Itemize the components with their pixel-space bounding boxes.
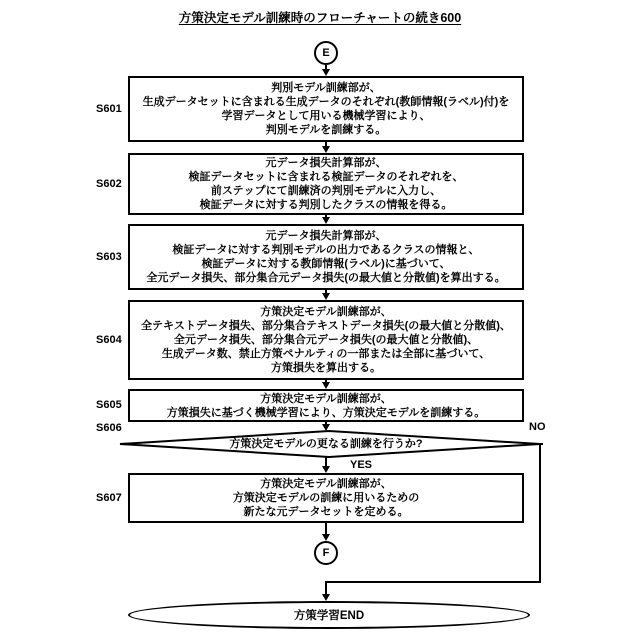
end-terminal-text: 方策学習END — [294, 607, 364, 623]
step-box-s604: 方策決定モデル訓練部が、 全テキストデータ損失、部分集合テキストデータ損失(の最… — [128, 300, 524, 380]
decision-text-s606: 方策決定モデルの更なる訓練を行うか? — [128, 437, 524, 451]
yes-branch-label: YES — [350, 459, 372, 471]
arrow-s602-to-s603-head — [322, 217, 330, 224]
no-path-vertical-line — [539, 443, 541, 583]
no-path-arrow-head — [322, 594, 330, 601]
step-label-s605: S605 — [96, 398, 128, 412]
connector-f-circle: F — [314, 541, 338, 565]
no-path-horizontal-line — [325, 581, 541, 583]
end-terminal: 方策学習END — [128, 601, 530, 629]
step-label-s603: S603 — [96, 250, 128, 264]
connector-e-circle: E — [314, 41, 338, 65]
step-box-s607: 方策決定モデル訓練部が、 方策決定モデルの訓練に用いるための 新たな元データセッ… — [128, 473, 524, 523]
step-box-s605: 方策決定モデル訓練部が、 方策損失に基づく機械学習により、方策決定モデルを訓練す… — [128, 389, 524, 422]
step-text-s605: 方策決定モデル訓練部が、 方策損失に基づく機械学習により、方策決定モデルを訓練す… — [167, 392, 485, 420]
flowchart-page: 方策決定モデル訓練時のフローチャートの続き600 E S601 判別モデル訓練部… — [0, 0, 640, 640]
flowchart-title: 方策決定モデル訓練時のフローチャートの続き600 — [0, 8, 640, 26]
step-box-s602: 元データ損失計算部が、 検証データセットに含まれる検証データのそれぞれを、 前ス… — [128, 153, 524, 215]
step-label-s604: S604 — [96, 333, 128, 347]
flowchart-title-text: 方策決定モデル訓練時のフローチャートの続き600 — [179, 11, 461, 25]
arrow-s601-to-s602-head — [322, 146, 330, 153]
arrow-s607-to-f-head — [322, 534, 330, 541]
step-box-s603: 元データ損失計算部が、 検証データに対する判別モデルの出力であるクラスの情報と、… — [128, 224, 524, 290]
connector-e-label: E — [322, 47, 329, 59]
arrow-s606-to-s607-head — [322, 466, 330, 473]
step-label-s602: S602 — [96, 177, 128, 191]
step-text-s602: 元データ損失計算部が、 検証データセットに含まれる検証データのそれぞれを、 前ス… — [189, 156, 464, 212]
step-label-s601: S601 — [96, 102, 128, 116]
step-text-s604: 方策決定モデル訓練部が、 全テキストデータ損失、部分集合テキストデータ損失(の最… — [141, 305, 511, 375]
step-text-s603: 元データ損失計算部が、 検証データに対する判別モデルの出力であるクラスの情報と、… — [146, 229, 505, 285]
arrow-s604-to-s605-head — [322, 382, 330, 389]
arrow-e-to-s601-head — [322, 69, 330, 76]
connector-f-label: F — [323, 547, 330, 559]
arrow-s603-to-s604-head — [322, 293, 330, 300]
step-box-s601: 判別モデル訓練部が、 生成データセットに含まれる生成データのそれぞれ(教師情報(… — [128, 76, 524, 142]
no-path-down-line — [325, 581, 327, 595]
step-text-s601: 判別モデル訓練部が、 生成データセットに含まれる生成データのそれぞれ(教師情報(… — [143, 81, 510, 137]
step-label-s607: S607 — [96, 491, 128, 505]
step-text-s607: 方策決定モデル訓練部が、 方策決定モデルの訓練に用いるための 新たな元データセッ… — [233, 477, 419, 519]
no-branch-label: NO — [529, 421, 546, 433]
